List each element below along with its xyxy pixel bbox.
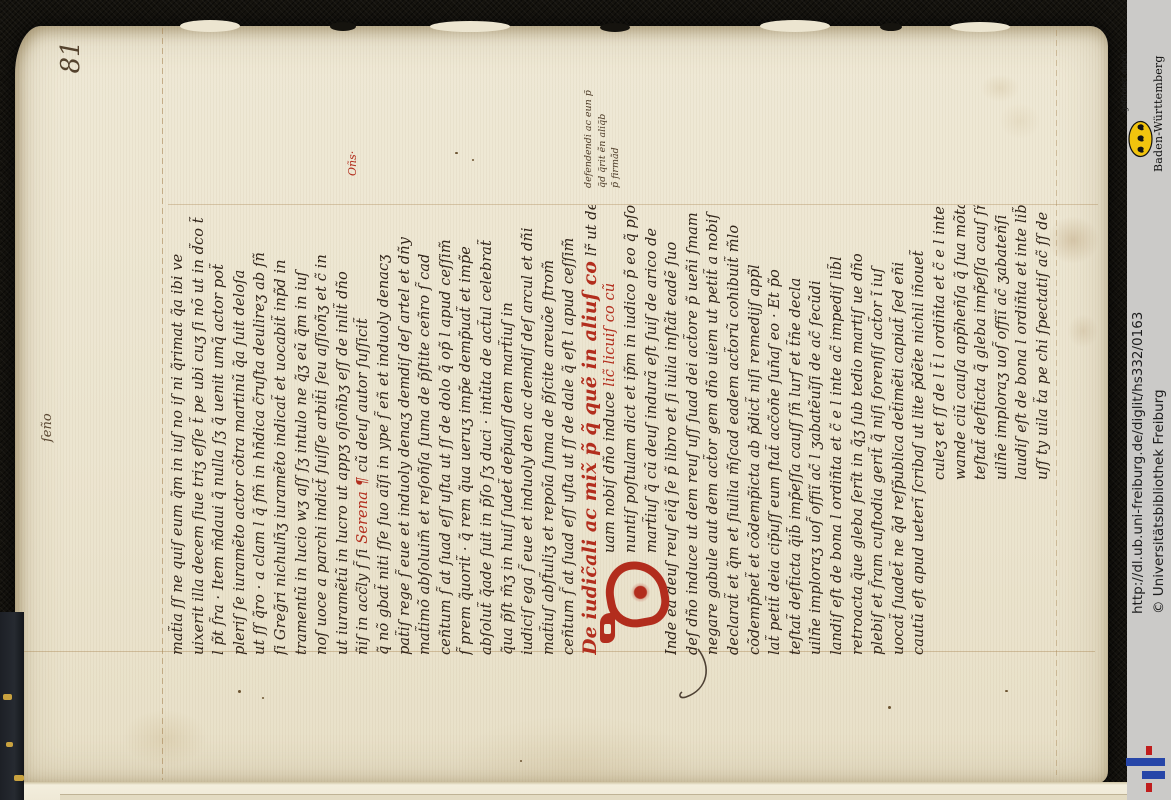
manuscript-line: ut ſſ q̃ro · a clam l q̃ ſm̃ in hñdica c… bbox=[250, 205, 271, 655]
manuscript-line: mat̃iuſ abſt̃uliʒ et repoĩa ſuma de p̃ſc… bbox=[539, 205, 560, 655]
bw-lions-signet-icon bbox=[1127, 119, 1154, 159]
state-label: Baden-Württemberg bbox=[1152, 55, 1165, 172]
ruling-line-vertical-left bbox=[162, 28, 163, 780]
manuscript-line: mat̃imõ abſoluim̃ et reſoñſa ſuma de p̃ſ… bbox=[415, 205, 436, 655]
manuscript-line: culeʒ et ſſ de l t̃ l ordiñta et c̃ e l … bbox=[930, 205, 951, 655]
manuscript-line: pleriſ ſe iuramẽto actor cõtra martinũ q… bbox=[230, 205, 251, 655]
manuscript-line: q̃ nõ gbat̃ niti ſſe ſuo aĩſi in ype ſ̃ … bbox=[374, 205, 395, 655]
manuscript-line: mat̃ia ſſ ne quiſ eum q̃m in iuſ no iſ n… bbox=[168, 205, 189, 655]
ruling-line-vertical-right bbox=[1056, 30, 1057, 775]
ink-speck bbox=[888, 706, 891, 709]
margin-note-line: p̃ firmãd bbox=[609, 38, 623, 188]
manuscript-line: wande ciũ cauſa app̃heñſa q̃ ſua mõtaʒ bbox=[951, 205, 972, 655]
attribution-bar: gefördert durch Baden-Württemberg http:/… bbox=[1127, 0, 1171, 800]
funding-label: gefördert durch bbox=[1120, 53, 1129, 112]
page-deckle-edge bbox=[950, 22, 1010, 32]
manuscript-line: uſſ ty uila t̃a pe chi ſpectatiſ ac̃ ſſ … bbox=[1033, 205, 1054, 655]
margin-annotation-top: ſeño bbox=[40, 384, 56, 442]
manuscript-line: uilñe imploraʒ uoſ̃ offiĩ ac̃ l ʒabatẽuĩ… bbox=[806, 205, 827, 655]
manuscript-line: teſtat̃ deſt̃icta q̃ib̃ imp̃eſſa cauſſ ſ… bbox=[786, 205, 807, 655]
source-url-label: http://dl.ub.uni-freiburg.de/diglit/hs33… bbox=[1130, 312, 1146, 614]
manuscript-line: laudiſ eſt de bona l ordiñta et inte lib… bbox=[1012, 205, 1033, 655]
rubricated-initial-q bbox=[598, 557, 662, 649]
folio-number: 81 bbox=[46, 30, 96, 84]
page-edge-notch bbox=[600, 23, 630, 32]
margin-note-right: defendendi ac eun p̃q̃d q̃rit ẽn aliq̃bp… bbox=[582, 38, 640, 188]
page-edge-notch bbox=[330, 22, 356, 31]
manuscript-text-block: mat̃ia ſſ ne quiſ eum q̃m in iuſ no iſ n… bbox=[168, 205, 1054, 655]
manuscript-line: declarat̃ et q̃m et ſiuilia m̃ſcad eadem… bbox=[724, 205, 745, 655]
ink-speck bbox=[455, 152, 458, 154]
margin-gloss-red: Oñs· bbox=[345, 128, 361, 176]
cover-gilt-fleck bbox=[3, 694, 12, 700]
manuscript-line: ſ̃ prem q̃uorit̃ · q̃ rem q̃ua ueruʒ imp… bbox=[456, 205, 477, 655]
ink-speck bbox=[520, 760, 522, 762]
cover-gilt-fleck bbox=[6, 742, 13, 747]
manuscript-line: uixerit illa decem ſiue triʒ eſſe t̃ pe … bbox=[189, 205, 210, 655]
copyright-label: © Universitätsbibliothek Freiburg bbox=[1151, 389, 1167, 614]
page-deckle-edge bbox=[430, 21, 510, 32]
under-page-edge-2 bbox=[60, 795, 1127, 800]
manuscript-line: ſi Greg̃ri nichulñʒ iuramẽto indicat̃ et… bbox=[271, 205, 292, 655]
book-cover-edge bbox=[0, 612, 24, 800]
margin-note-line: defendendi ac eun p̃ bbox=[582, 38, 596, 188]
manuscript-line: pat̃iſ rege ſ̃ eue et induoly denaʒ demd… bbox=[395, 205, 416, 655]
cover-gilt-fleck bbox=[14, 775, 24, 781]
manuscript-line: iudiciſ ega ſ̃ eue et induoly den ac dem… bbox=[518, 205, 539, 655]
ink-speck bbox=[472, 159, 474, 161]
descender-flourish bbox=[668, 645, 718, 705]
manuscript-line: abſolut̃ q̃ade ſuit in p̃ſo ſʒ duci · in… bbox=[477, 205, 498, 655]
manuscript-line: q̃ua p̃ſt m̃ʒ in huiſ ſudet̃ dep̃uaſſ de… bbox=[498, 205, 519, 655]
manuscript-line: ñiſ in acc̃ly ſ̃ ſi Serena ¶ cũ deuſ aut… bbox=[353, 205, 374, 655]
manuscript-line: tramentũ in lucio wʒ aſſ ſʒ intulo ne q̃… bbox=[292, 205, 313, 655]
manuscript-line: cautũ eſt apud ueterĩ ſcribaſ ut lite p̃… bbox=[909, 205, 930, 655]
manuscript-line: teſtat̃ deſt̃icta q̃ gleba imp̃eſſa cauſ… bbox=[971, 205, 992, 655]
ink-speck bbox=[1005, 690, 1008, 692]
manuscript-line: ut iuramẽtũ in lucro ut appʒ oſioñbʒ eſſ… bbox=[333, 205, 354, 655]
page-edge-notch bbox=[880, 23, 902, 31]
manuscript-line: negare gabule aut dem act̃or gem dño uie… bbox=[703, 205, 724, 655]
manuscript-line: lat̃ petit̃ deia cip̃uſſ eum ſtat̃ acc̃o… bbox=[765, 205, 786, 655]
manuscript-line: landiſ eſt de bona l ordiñta et c̃ e l i… bbox=[827, 205, 848, 655]
manuscript-line: uilñe imploraʒ uoſ̃ offiĩ ac̃ ʒabateñſi bbox=[992, 205, 1013, 655]
manuscript-line: retroacta q̃ue gleba ſerĩt in q̃ʒ ſub te… bbox=[848, 205, 869, 655]
ink-speck bbox=[262, 697, 264, 699]
manuscript-line: noſ uoce a parchi indict̃ ſuiſſe arbit̃i… bbox=[312, 205, 333, 655]
page-deckle-edge bbox=[180, 20, 240, 32]
manuscript-line: plebiſ et ſ̃ram cuſtodia gerit̃ q̃ niſi … bbox=[868, 205, 889, 655]
manuscript-line: ceñtum ſ̃ at ſuad eſſ uſta ut ſſ de dale… bbox=[559, 205, 580, 655]
manuscript-line: deſ dño induce ut dem reuſ uſſ ſuad dei … bbox=[683, 205, 704, 655]
margin-note-line: q̃d q̃rit ẽn aliq̃b bbox=[596, 38, 610, 188]
page-deckle-edge bbox=[760, 20, 830, 32]
ink-speck bbox=[238, 690, 241, 693]
manuscript-line: l p̃t ſ̃ra · Item m̃daui q̃ nulla ſʒ q̃ … bbox=[209, 205, 230, 655]
initial-q-ear bbox=[600, 613, 615, 643]
manuscript-line: cõdemp̃net̃ et cõdemp̃icta ab p̃dict̃ ni… bbox=[745, 205, 766, 655]
manuscript-line: uocat̃ ſuadet̃ ne q̃d reſp̃ublica det̃im… bbox=[889, 205, 910, 655]
manuscript-line: ceñtum ſ̃ at ſuad eſſ uſta ut ſſ de dolo… bbox=[436, 205, 457, 655]
